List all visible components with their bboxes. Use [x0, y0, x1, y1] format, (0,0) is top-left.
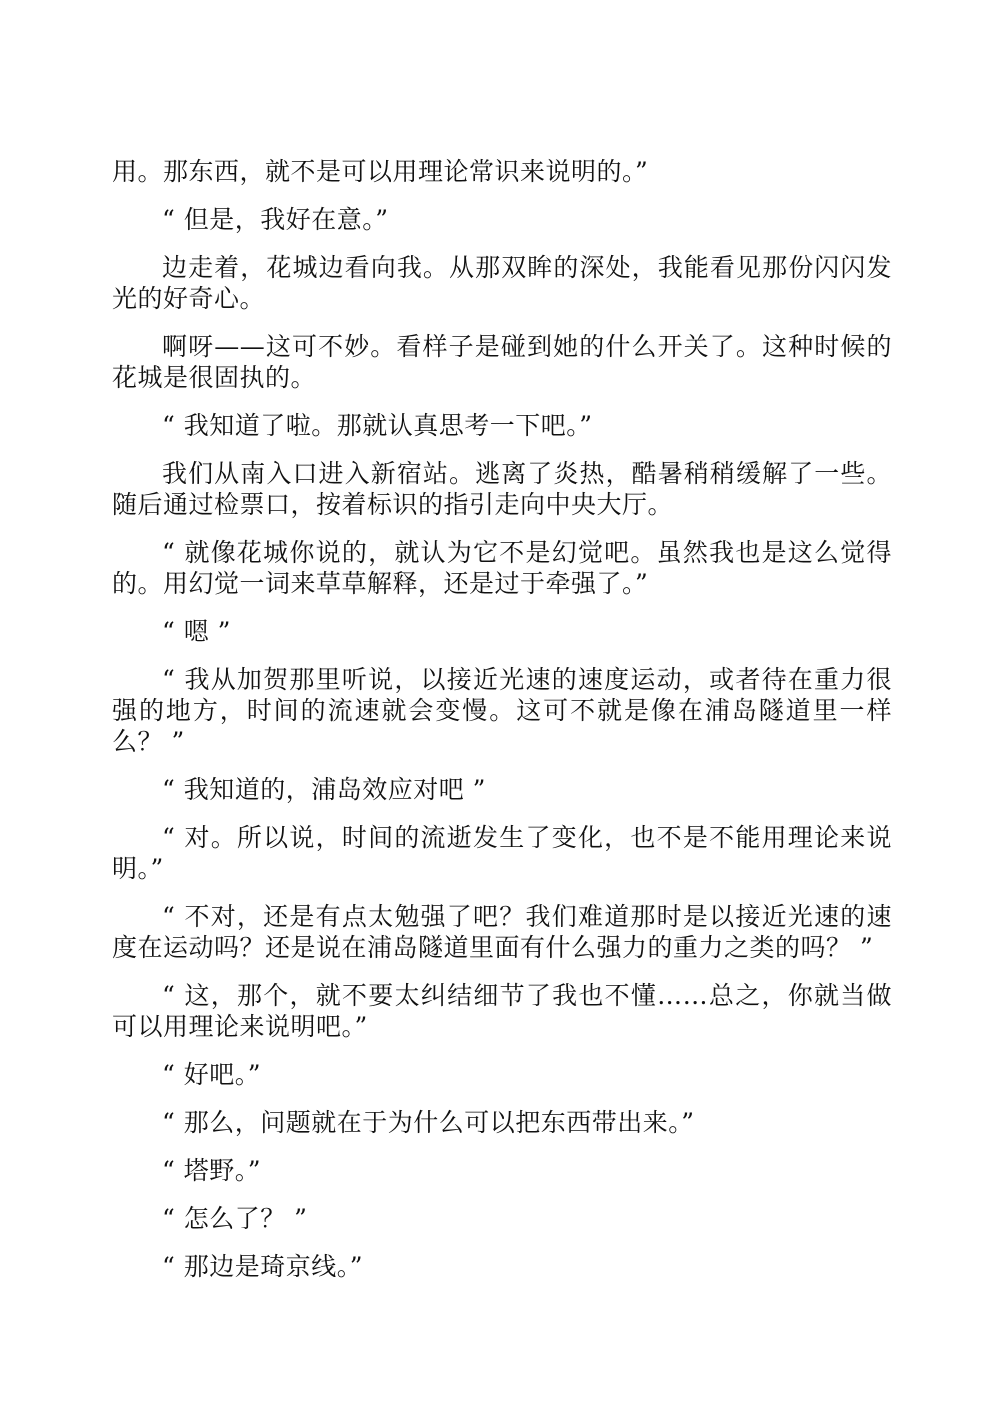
- paragraph: “ 那边是琦京线。”: [112, 1251, 892, 1282]
- paragraph: 啊呀——这可不妙。看样子是碰到她的什么开关了。这种时候的花城是很固执的。: [112, 331, 892, 393]
- paragraph: “ 这，那个，就不要太纠结细节了我也不懂……总之，你就当做可以用理论来说明吧。”: [112, 980, 892, 1042]
- paragraph: “ 我知道的，浦岛效应对吧 ”: [112, 774, 892, 805]
- document-page: 用。那东西，就不是可以用理论常识来说明的。” “ 但是，我好在意。” 边走着，花…: [112, 156, 892, 1299]
- paragraph: 用。那东西，就不是可以用理论常识来说明的。”: [112, 156, 892, 187]
- paragraph: “ 但是，我好在意。”: [112, 204, 892, 235]
- paragraph: “ 就像花城你说的，就认为它不是幻觉吧。虽然我也是这么觉得的。用幻觉一词来草草解…: [112, 537, 892, 599]
- paragraph: 我们从南入口进入新宿站。逃离了炎热，酷暑稍稍缓解了一些。随后通过检票口，按着标识…: [112, 458, 892, 520]
- paragraph: “ 我从加贺那里听说，以接近光速的速度运动，或者待在重力很强的地方，时间的流速就…: [112, 664, 892, 757]
- paragraph: “ 嗯 ”: [112, 616, 892, 647]
- paragraph: “ 对。所以说，时间的流逝发生了变化，也不是不能用理论来说明。”: [112, 822, 892, 884]
- paragraph: “ 塔野。”: [112, 1155, 892, 1186]
- paragraph: “ 怎么了？ ”: [112, 1203, 892, 1234]
- paragraph: “ 我知道了啦。那就认真思考一下吧。”: [112, 410, 892, 441]
- paragraph: “ 好吧。”: [112, 1059, 892, 1090]
- paragraph: 边走着，花城边看向我。从那双眸的深处，我能看见那份闪闪发光的好奇心。: [112, 252, 892, 314]
- paragraph: “ 不对，还是有点太勉强了吧？我们难道那时是以接近光速的速度在运动吗？还是说在浦…: [112, 901, 892, 963]
- paragraph: “ 那么，问题就在于为什么可以把东西带出来。”: [112, 1107, 892, 1138]
